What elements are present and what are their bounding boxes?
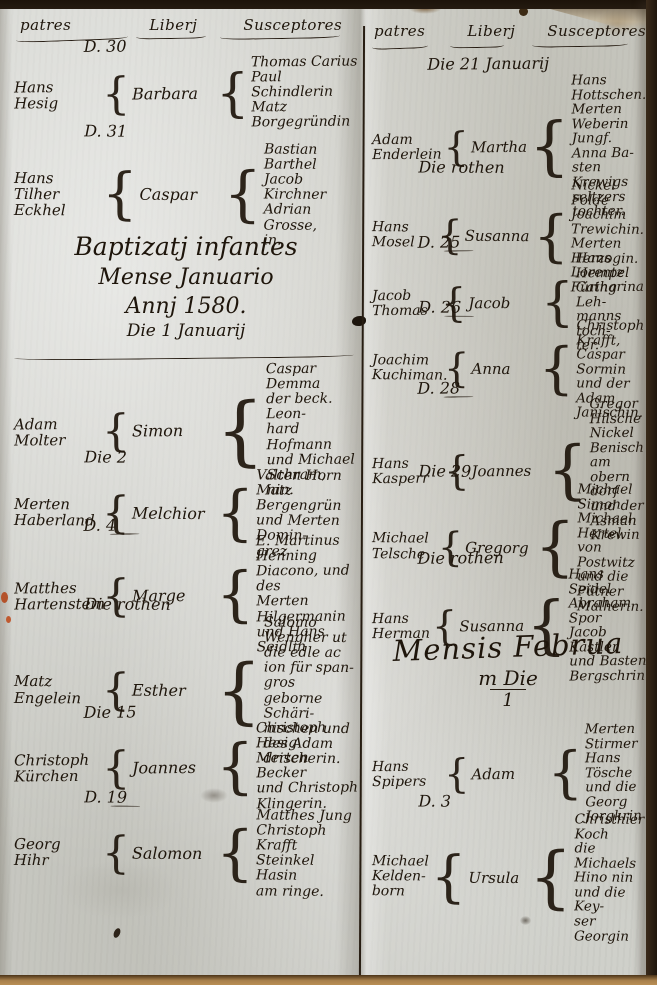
child-name: Anna bbox=[471, 360, 536, 378]
child-name: Adam bbox=[471, 765, 545, 784]
header-flourish bbox=[532, 41, 628, 48]
father-name: Hans Tilher Eckhel bbox=[14, 170, 100, 219]
child-name: Martha bbox=[471, 138, 527, 156]
section-heading-january: Baptizatj infantes Mense Januario Annj 1… bbox=[14, 232, 358, 341]
left-page: patres Liberj Susceptores D. 30 Hans Hes… bbox=[14, 10, 358, 970]
father-name: Adam Molter bbox=[14, 416, 100, 449]
brace-glyph: { bbox=[102, 413, 130, 451]
manuscript-photo: patres Liberj Susceptores D. 30 Hans Hes… bbox=[0, 0, 657, 985]
brace-glyph: { bbox=[444, 757, 470, 791]
brace-glyph: { bbox=[102, 834, 130, 872]
child-name: Ursula bbox=[468, 868, 527, 886]
father-name: Christoph Kürchen bbox=[14, 752, 100, 785]
entry-date: D. 19 bbox=[84, 787, 358, 808]
header-flourish bbox=[450, 43, 504, 49]
entry-date: Die 29 bbox=[418, 461, 644, 481]
sponsors-names: Thomas Carius Paul Schindlerin Matz Borg… bbox=[251, 55, 359, 131]
entry-date: Die rothen bbox=[417, 547, 643, 568]
brace-glyph: { bbox=[216, 828, 254, 879]
header-liberi: Liberj bbox=[149, 16, 197, 34]
brace-glyph: { bbox=[529, 849, 573, 907]
entry-date: Die 21 Januarij bbox=[427, 53, 643, 74]
heading-line: Die 1 Januarij bbox=[14, 321, 358, 341]
brace-glyph: { bbox=[102, 76, 130, 114]
book-edge-right bbox=[646, 0, 657, 985]
entry-date: Die 2 bbox=[84, 447, 358, 468]
header-flourish bbox=[372, 43, 428, 50]
register-entry: D. 3 Michael Kelden- born { Ursula { Chr… bbox=[372, 791, 645, 944]
page-left-shadow bbox=[0, 0, 12, 985]
paper-stain bbox=[6, 616, 11, 623]
register-entry: D. 31 Hans Tilher Eckhel { Caspar { Bast… bbox=[14, 121, 359, 249]
child-name: Barbara bbox=[132, 84, 214, 104]
heading-line: 1 bbox=[372, 690, 644, 711]
register-entry: D. 30 Hans Hesig { Barbara { Thomas Cari… bbox=[14, 35, 359, 134]
father-name: Michael Kelden- born bbox=[372, 854, 429, 900]
father-name: Matz Engelein bbox=[14, 673, 100, 706]
entry-date: D. 28 bbox=[417, 377, 643, 398]
heading-line: Mensis Februa bbox=[371, 625, 644, 668]
header-patres: patres bbox=[374, 22, 425, 40]
header-patres: patres bbox=[20, 16, 71, 34]
entry-date: D. 4 bbox=[83, 514, 357, 535]
child-name: Esther bbox=[132, 681, 214, 701]
register-entry: D. 19 Georg Hihr { Salomon { Matthes Jun… bbox=[14, 787, 359, 900]
entry-date: D. 31 bbox=[84, 121, 358, 142]
brace-glyph: { bbox=[547, 750, 583, 798]
brace-glyph: { bbox=[216, 71, 249, 115]
father-name: Hans Spipers bbox=[372, 759, 442, 790]
entry-date: D. 3 bbox=[418, 791, 644, 811]
brace-glyph: { bbox=[102, 749, 130, 787]
book-edge-bottom bbox=[0, 975, 657, 985]
entry-date: D. 26 bbox=[418, 297, 644, 317]
brace-glyph: { bbox=[102, 171, 138, 219]
child-name: Caspar bbox=[140, 185, 222, 205]
header-susceptores: Susceptores bbox=[243, 16, 342, 34]
entry-date: Die 15 bbox=[84, 701, 358, 722]
entry-date: Die rothen bbox=[418, 157, 644, 177]
heading-line: Baptizatj infantes bbox=[14, 232, 358, 261]
brace-glyph: { bbox=[223, 170, 261, 221]
column-header-row: patres Liberj Susceptores bbox=[14, 16, 358, 34]
brace-glyph: { bbox=[431, 853, 467, 901]
month-heading-february: Mensis Februa m Die 1 bbox=[372, 630, 644, 711]
heading-day-number: 1 bbox=[490, 689, 525, 711]
entry-date: D. 25 bbox=[417, 231, 643, 252]
entry-date: Die rothen bbox=[84, 594, 358, 615]
right-page: patres Liberj Susceptores Die 21 Januari… bbox=[372, 10, 644, 970]
heading-line: m Die bbox=[372, 666, 644, 690]
child-name: Simon bbox=[132, 421, 214, 441]
heading-line: Mense Januario bbox=[14, 265, 358, 290]
sponsors-names: Matthes Jung Christoph Krafft Steinkel H… bbox=[256, 808, 358, 899]
child-name: Joannes bbox=[132, 758, 214, 778]
father-name: Hans Hesig bbox=[14, 78, 100, 111]
paper-stain bbox=[1, 592, 8, 603]
brace-glyph: { bbox=[216, 741, 255, 792]
sponsors-names: Christhier Koch die Michaels Hino nin un… bbox=[574, 812, 644, 944]
column-header-row: patres Liberj Susceptores bbox=[372, 22, 644, 40]
book-edge-top bbox=[0, 0, 657, 9]
father-name: Georg Hihr bbox=[14, 836, 100, 869]
heading-line: Annj 1580. bbox=[14, 294, 358, 319]
child-name: Salomon bbox=[132, 843, 214, 863]
section-rule bbox=[14, 352, 354, 361]
header-liberi: Liberj bbox=[467, 22, 515, 40]
